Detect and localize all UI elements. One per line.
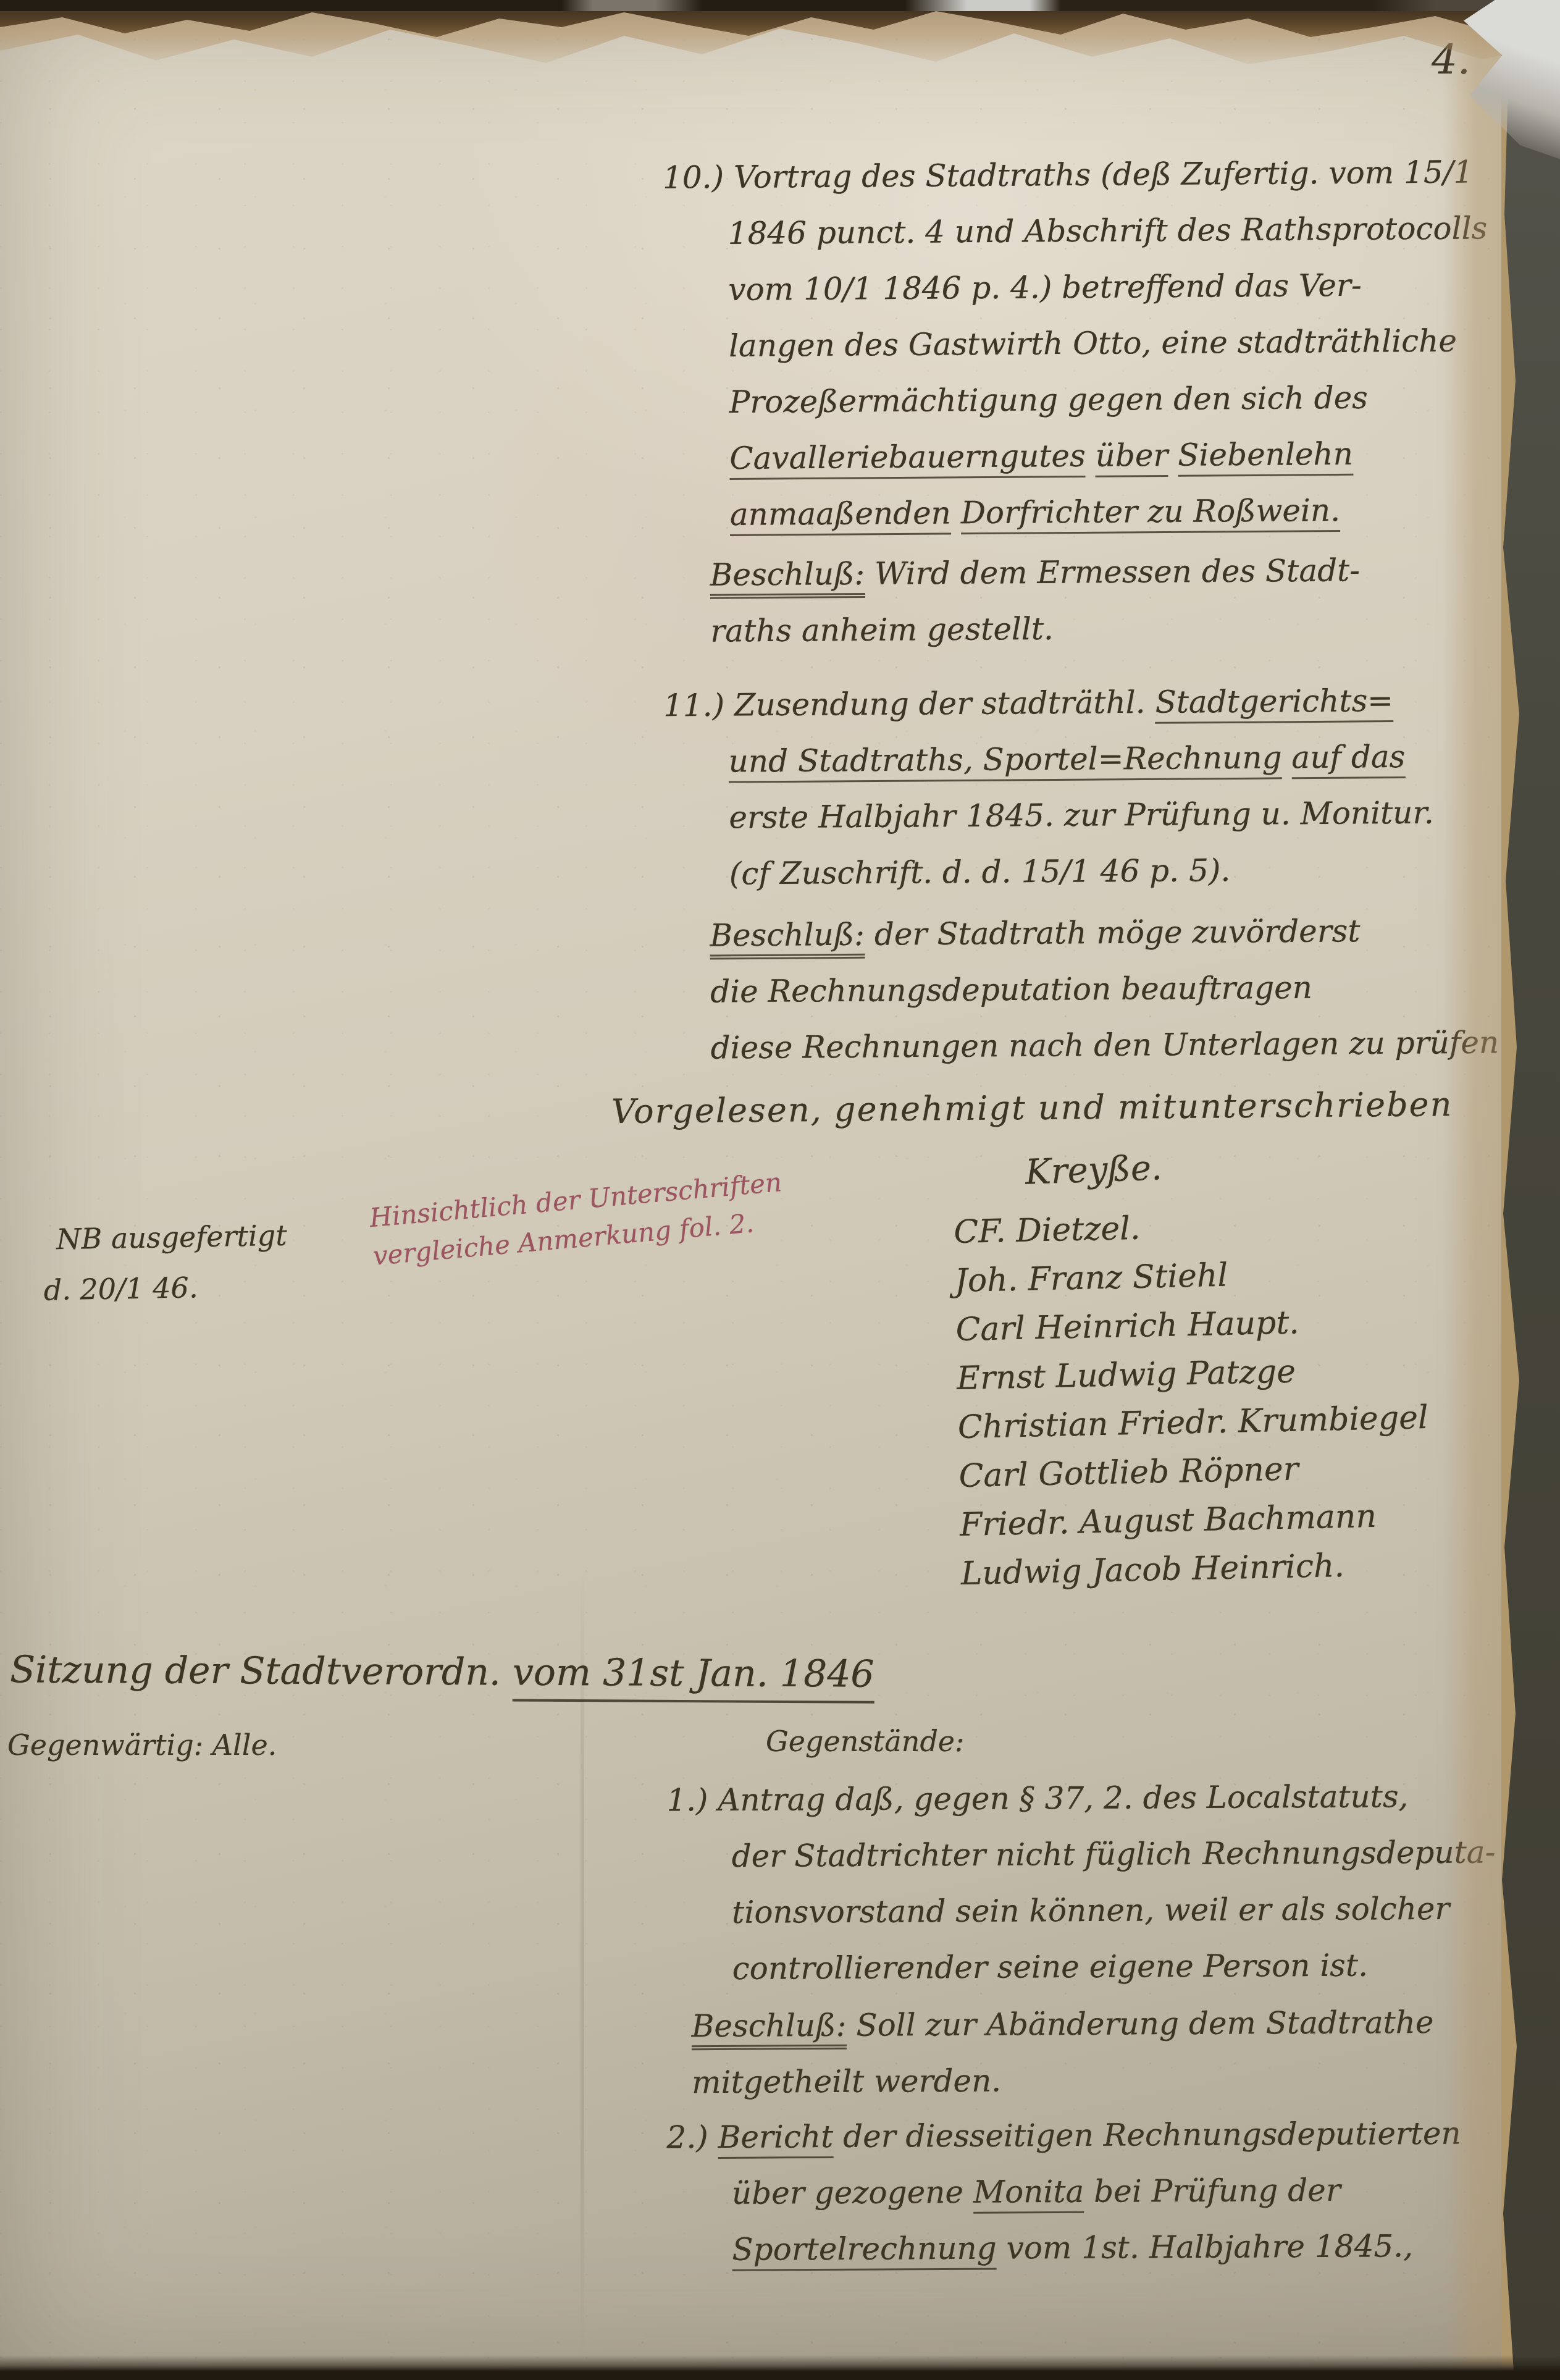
manuscript-line: raths anheim gestellt. (710, 599, 1361, 659)
manuscript-line: anmaaßenden Dorfrichter zu Roßwein. (665, 481, 1490, 543)
top-photo-edge (0, 0, 1560, 11)
manuscript-line: Beschluß: Wird dem Ermessen des Stadt- (710, 542, 1360, 603)
dispatch-margin-note: NB ausgefertigt d. 20/1 46. (56, 1210, 288, 1315)
closing-attestation: Vorgelesen, genehmigt und mitunterschrie… (611, 1085, 1453, 1131)
archival-photo: 4. 10.) Vortrag des Stadtraths (deß Zufe… (0, 0, 1560, 2380)
manuscript-line: 1.) Antrag daß, gegen § 37, 2. des Local… (666, 1768, 1495, 1828)
manuscript-line: langen des Gastwirth Otto, eine stadträt… (664, 313, 1488, 374)
signature-list: CF. Dietzel.Joh. Franz StiehlCarl Heinri… (953, 1198, 1432, 1599)
manuscript-line: und Stadtraths, Sportel=Rechnung auf das (663, 729, 1433, 791)
manuscript-line: über gezogene Monita bei Prüfung der (667, 2162, 1462, 2222)
manuscript-line: 10.) Vortrag des Stadtraths (deß Zuferti… (663, 144, 1487, 206)
session-date-underlined: vom 31st Jan. 1846 (513, 1651, 874, 1704)
manuscript-line: Sportelrechnung vom 1st. Halbjahre 1845.… (667, 2218, 1462, 2279)
signature: Christian Friedr. Krumbiegel (957, 1394, 1428, 1452)
agenda-item-10: 10.) Vortrag des Stadtraths (deß Zuferti… (663, 144, 1490, 543)
manuscript-line: (cf Zuschrift. d. d. 15/1 46 p. 5). (665, 841, 1435, 903)
signature-chairman: Kreyße. (1025, 1148, 1163, 1193)
session-item-2: 2.) Bericht der diesseitigen Rechnungsde… (666, 2106, 1462, 2279)
dispatch-note-line1: NB ausgefertigt (56, 1210, 288, 1265)
signature: Friedr. August Bachmann (959, 1491, 1430, 1550)
bottom-photo-edge (0, 2355, 1560, 2380)
session-item-1: 1.) Antrag daß, gegen § 37, 2. des Local… (666, 1768, 1496, 1997)
agenda-item-11: 11.) Zusendung der stadträthl. Stadtgeri… (663, 673, 1435, 903)
manuscript-line: die Rechnungsdeputation beauftragen (710, 958, 1509, 1020)
manuscript-line: diese Rechnungen nach den Unterlagen zu … (710, 1014, 1509, 1076)
manuscript-line: 11.) Zusendung der stadträthl. Stadtgeri… (663, 673, 1433, 734)
manuscript-line: erste Halbjahr 1845. zur Prüfung u. Moni… (664, 785, 1434, 847)
session-heading-text: Sitzung der Stadtverordn. (10, 1648, 513, 1694)
manuscript-line: 1846 punct. 4 und Abschrift des Rathspro… (663, 200, 1487, 262)
manuscript-line: Prozeßermächtigung gegen den sich des (664, 369, 1488, 431)
resolution-10: Beschluß: Wird dem Ermessen des Stadt-ra… (710, 542, 1361, 659)
manuscript-line: 2.) Bericht der diesseitigen Rechnungsde… (666, 2106, 1461, 2166)
manuscript-line: vom 10/1 1846 p. 4.) betreffend das Ver- (663, 256, 1488, 318)
manuscript-line: Cavalleriebauerngutes über Siebenlehn (665, 425, 1489, 487)
manuscript-line: controllierender seine eigene Person ist… (667, 1936, 1496, 1997)
session-heading: Sitzung der Stadtverordn. vom 31st Jan. … (10, 1648, 874, 1696)
session-resolution-1: Beschluß: Soll zur Abänderung dem Stadtr… (692, 1995, 1435, 2111)
attendance-note: Gegenwärtig: Alle. (7, 1728, 277, 1762)
agenda-label: Gegenstände: (766, 1725, 965, 1758)
manuscript-line: mitgetheilt werden. (692, 2051, 1434, 2111)
signature: Ludwig Jacob Heinrich. (960, 1540, 1432, 1599)
manuscript-line: der Stadtrichter nicht füglich Rechnungs… (667, 1824, 1496, 1885)
manuscript-line: tionsvorstand sein können, weil er als s… (667, 1880, 1496, 1941)
resolution-11: Beschluß: der Stadtrath möge zuvörderstd… (710, 902, 1509, 1076)
manuscript-line: Beschluß: Soll zur Abänderung dem Stadtr… (692, 1995, 1434, 2054)
dispatch-note-line2: d. 20/1 46. (43, 1261, 288, 1316)
manuscript-line: Beschluß: der Stadtrath möge zuvörderst (710, 902, 1508, 964)
